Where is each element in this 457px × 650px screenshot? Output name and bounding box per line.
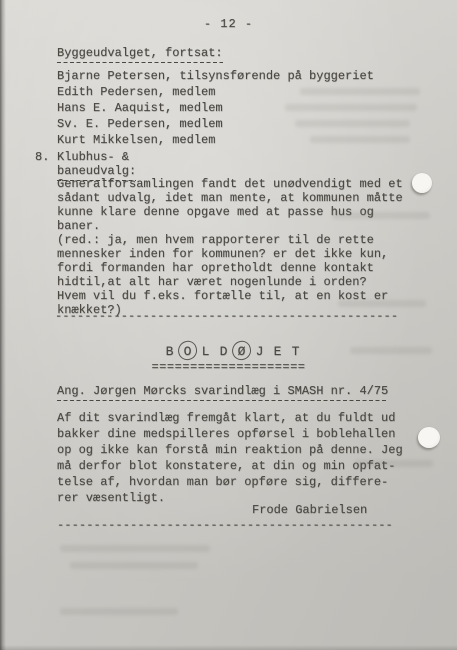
- scan-edge-shadow-bottom: [0, 645, 457, 650]
- title-letter: L: [201, 344, 210, 359]
- section-number: 8.: [35, 150, 49, 164]
- title-letter: E: [273, 344, 282, 359]
- bleed-through-smudge: [355, 460, 433, 467]
- separator-line: ----------------------------------------…: [57, 518, 393, 532]
- bleed-through-smudge: [70, 562, 198, 569]
- title-letter: J: [255, 344, 264, 359]
- reply-heading: Ang. Jørgen Mørcks svarindlæg i SMASH nr…: [57, 384, 388, 401]
- bleed-through-smudge: [310, 136, 410, 143]
- body-line: må derfor blot konstatere, at din og min…: [57, 458, 403, 474]
- body-line: Generalforsamlingen fandt det unødvendig…: [57, 177, 403, 191]
- body-line: sådant udvalg, idet man mente, at kommun…: [57, 191, 403, 205]
- bleed-through-smudge: [300, 88, 420, 95]
- hole-punch-top: [412, 173, 432, 193]
- bleed-through-smudge: [295, 120, 410, 127]
- boldojet-underline: ====================: [151, 360, 305, 374]
- separator-line: ----------------------------------------…: [55, 309, 398, 323]
- scan-edge-shadow-left: [0, 0, 6, 650]
- boldojet-title: B O L D Ø J E T: [165, 344, 300, 359]
- title-letter-circled: O: [183, 344, 192, 359]
- bleed-through-smudge: [285, 104, 417, 111]
- signature: Frode Gabrielsen: [252, 503, 367, 517]
- body-line: op og ikke kan forstå min reaktion på de…: [57, 442, 403, 458]
- body-line: Af dit svarindlæg fremgåt klart, at du f…: [57, 410, 403, 426]
- reply-paragraph: Af dit svarindlæg fremgåt klart, at du f…: [57, 410, 403, 506]
- bleed-through-smudge: [350, 347, 432, 354]
- title-letter-circled: Ø: [237, 344, 246, 359]
- body-line: telse af, hvordan man bør opføre sig, di…: [57, 474, 403, 490]
- body-line: (red.: ja, men hvem rapporterer til de r…: [57, 233, 403, 247]
- title-letter: B: [165, 344, 174, 359]
- body-line: mennesker inden for kommunen? er det ikk…: [57, 247, 403, 261]
- scanned-document-page: - 12 - Byggeudvalget, fortsat: Bjarne Pe…: [0, 0, 457, 650]
- section-heading-byggeudvalget: Byggeudvalget, fortsat:: [57, 46, 223, 63]
- body-line: fordi formanden har opretholdt denne kon…: [57, 261, 403, 275]
- member-line: Bjarne Petersen, tilsynsførende på bygge…: [57, 68, 374, 84]
- body-line: bakker dine medspilleres opførsel i bobl…: [57, 426, 403, 442]
- hole-punch-bottom: [418, 427, 440, 448]
- body-line: hidtil,at alt har været nogenlunde i ord…: [57, 275, 403, 289]
- title-letter: D: [219, 344, 228, 359]
- clubhouse-committee-paragraph: Generalforsamlingen fandt det unødvendig…: [57, 177, 403, 317]
- title-letter: T: [291, 344, 300, 359]
- bleed-through-smudge: [60, 608, 178, 615]
- page-number: - 12 -: [0, 17, 457, 31]
- bleed-through-smudge: [338, 300, 426, 307]
- bleed-through-smudge: [60, 545, 210, 552]
- bleed-through-smudge: [332, 212, 430, 219]
- body-line: baner.: [57, 219, 403, 233]
